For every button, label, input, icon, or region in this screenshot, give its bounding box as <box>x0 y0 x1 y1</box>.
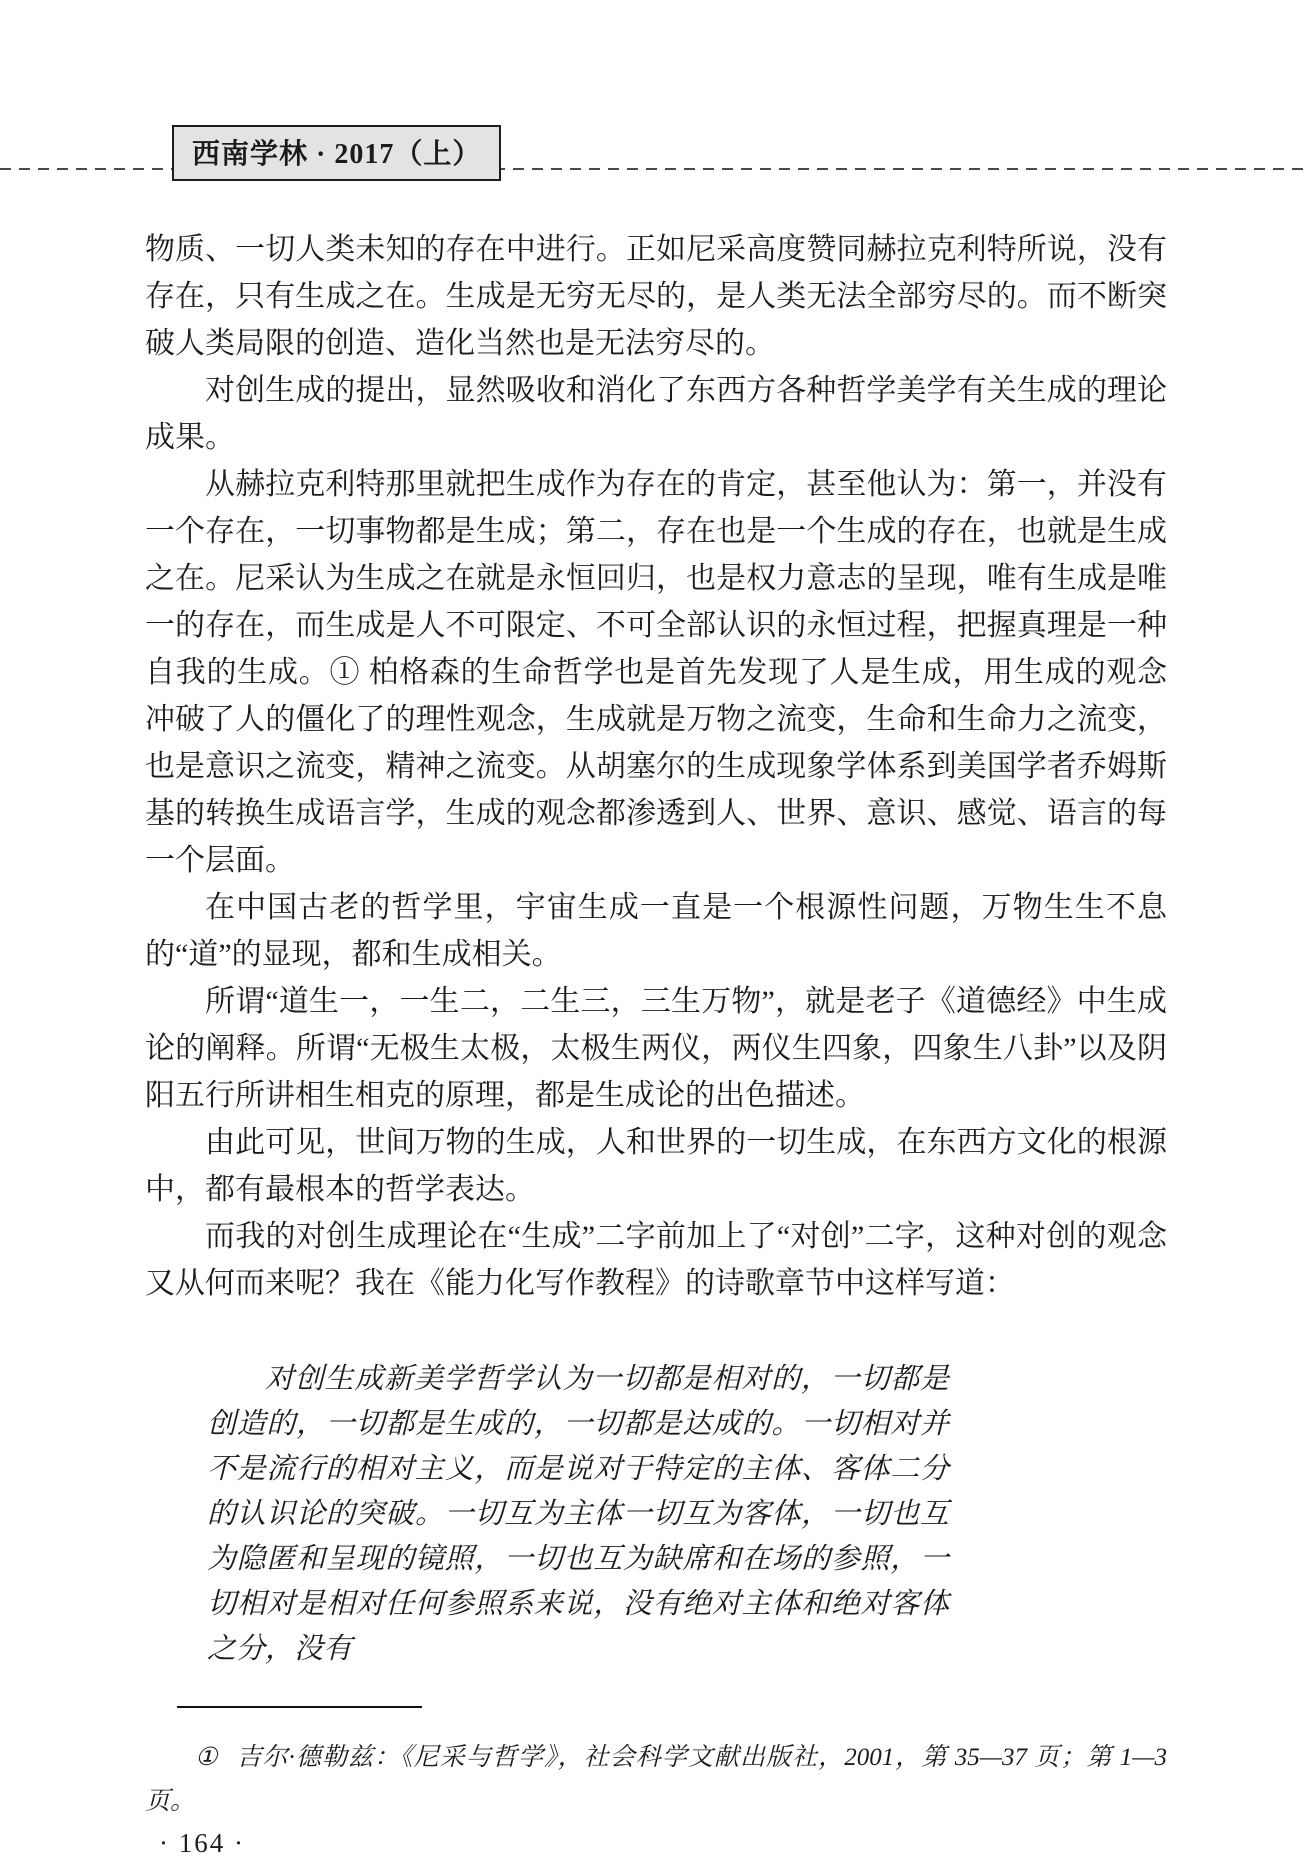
body-paragraph: 从赫拉克利特那里就把生成作为存在的肯定，甚至他认为：第一，并没有一个存在，一切事… <box>145 461 1167 884</box>
document-page: 西南学林 · 2017（上） 物质、一切人类未知的存在中进行。正如尼采高度赞同赫… <box>0 0 1307 1859</box>
body-paragraph: 对创生成的提出，显然吸收和消化了东西方各种哲学美学有关生成的理论成果。 <box>145 367 1167 461</box>
body-paragraph: 所谓“道生一，一生二，二生三，三生万物”，就是老子《道德经》中生成论的阐释。所谓… <box>145 978 1167 1119</box>
body-paragraph-continuation: 物质、一切人类未知的存在中进行。正如尼采高度赞同赫拉克利特所说，没有存在，只有生… <box>145 226 1167 367</box>
journal-header-badge: 西南学林 · 2017（上） <box>172 125 501 181</box>
page-number: · 164 · <box>159 1828 1167 1859</box>
body-paragraph: 而我的对创生成理论在“生成”二字前加上了“对创”二字，这种对创的观念又从何而来呢… <box>145 1213 1167 1307</box>
body-paragraph: 由此可见，世间万物的生成，人和世界的一切生成，在东西方文化的根源中，都有最根本的… <box>145 1119 1167 1213</box>
footnote-marker: ① <box>195 1744 218 1771</box>
block-quote: 对创生成新美学哲学认为一切都是相对的，一切都是创造的，一切都是生成的，一切都是达… <box>207 1357 949 1672</box>
body-paragraph: 在中国古老的哲学里，宇宙生成一直是一个根源性问题，万物生生不息的“道”的显现，都… <box>145 884 1167 978</box>
footnote-separator-rule <box>177 1706 422 1708</box>
page-body: 物质、一切人类未知的存在中进行。正如尼采高度赞同赫拉克利特所说，没有存在，只有生… <box>145 226 1167 1859</box>
footnote: ①吉尔·德勒兹：《尼采与哲学》，社会科学文献出版社，2001，第 35—37 页… <box>145 1736 1167 1824</box>
footnote-text: 吉尔·德勒兹：《尼采与哲学》，社会科学文献出版社，2001，第 35—37 页；… <box>145 1744 1167 1815</box>
